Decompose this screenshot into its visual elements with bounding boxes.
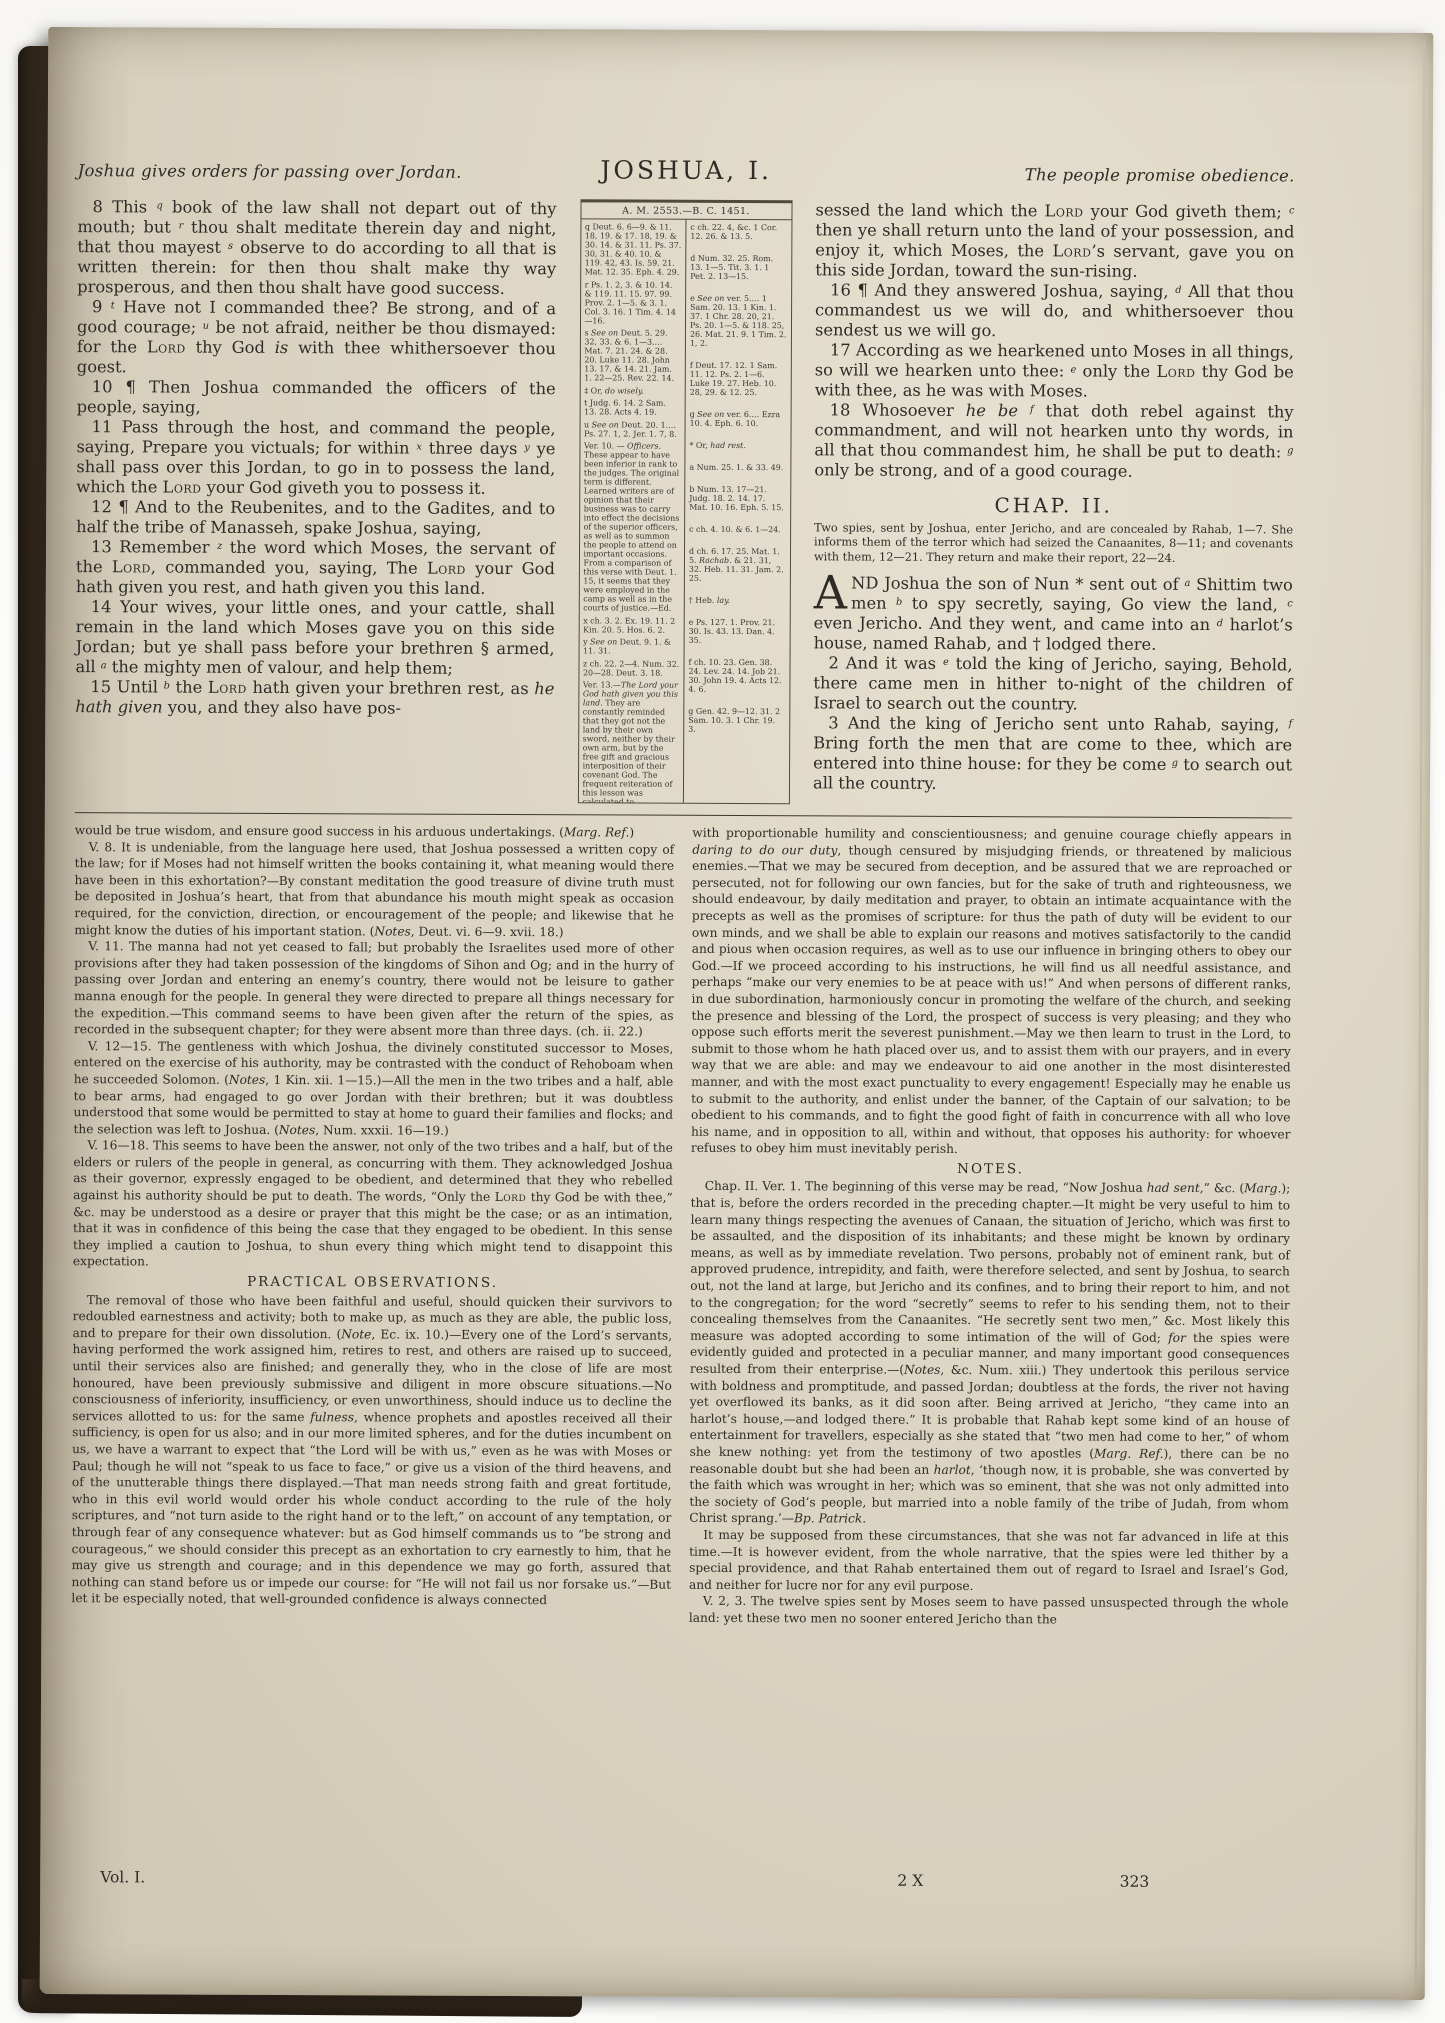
verse: 16 ¶ And they answered Joshua, saying, d… (815, 280, 1294, 342)
verse: 3 And the king of Jericho sent unto Raha… (813, 714, 1292, 796)
verse: 15 Until b the Lord hath given your bret… (75, 677, 554, 719)
ref-entry: r Ps. 1. 2, 3. & 10. 14. & 119. 11. 15. … (585, 280, 682, 325)
reference-column-left: q Deut. 6. 6—9. & 11. 18, 19. & 17. 18, … (578, 219, 686, 804)
ref-entry: z ch. 22. 2—4. Num. 32. 20—28. Deut. 3. … (583, 659, 680, 677)
ref-entry: Ver. 13.—The Lord your God hath given yo… (582, 680, 679, 804)
ref-entry: x ch. 3. 2. Ex. 19. 11. 2 Kin. 20. 5. Ho… (583, 616, 680, 634)
ref-entry: s See on Deut. 5. 29. 32, 33. & 6. 1—3.…… (584, 328, 681, 382)
scripture-section: 8 This q book of the law shall not depar… (75, 197, 1295, 806)
reference-columns: q Deut. 6. 6—9. & 11. 18, 19. & 17. 18, … (578, 219, 791, 804)
running-head-left: Joshua gives orders for passing over Jor… (78, 161, 557, 182)
commentary-paragraph: with proportionable humility and conscie… (691, 825, 1292, 1159)
commentary-paragraph: V. 12—15. The gentleness with which Josh… (73, 1038, 673, 1140)
commentary-column-left: would be true wisdom, and ensure good su… (71, 822, 674, 1626)
section-divider (75, 812, 1292, 818)
commentary-paragraph: V. 2, 3. The twelve spies sent by Moses … (689, 1593, 1289, 1629)
ref-entry: * Or, had rest. (689, 441, 786, 450)
commentary-paragraph: It may be supposed from these circumstan… (689, 1527, 1289, 1596)
commentary-section: would be true wisdom, and ensure good su… (71, 822, 1291, 1629)
ref-entry: b Num. 13. 17—21. Judg. 18. 2. 14. 17. M… (689, 485, 786, 512)
ref-entry: y See on Deut. 9. 1. & 11. 31. (583, 637, 680, 655)
chronology-header: A. M. 2553.—B. C. 1451. (581, 202, 791, 220)
commentary-paragraph: V. 8. It is undeniable, from the languag… (74, 839, 674, 941)
chapter-summary: Two spies, sent by Joshua, enter Jericho… (814, 521, 1293, 566)
verse: 11 Pass through the host, and command th… (76, 417, 555, 499)
verse: 10 ¶ Then Joshua commanded the officers … (77, 377, 556, 419)
commentary-paragraph: V. 11. The manna had not yet ceased to f… (74, 938, 674, 1040)
page-footer: Vol. I. 2 X 323 (100, 1868, 1149, 1891)
reference-column-right: c ch. 22. 4, &c. 1 Cor. 12. 26. & 13. 5.… (684, 220, 791, 804)
running-head: Joshua gives orders for passing over Jor… (78, 153, 1295, 187)
verse: 14 Your wives, your little ones, and you… (75, 597, 554, 679)
notes-heading: NOTES. (691, 1160, 1291, 1179)
ref-entry: f ch. 10. 23. Gen. 38. 24. Lev. 24. 14. … (688, 658, 785, 694)
ref-entry: Ver. 10. — Officers. These appear to hav… (583, 441, 680, 612)
ref-entry: c ch. 22. 4, &c. 1 Cor. 12. 26. & 13. 5. (690, 223, 787, 241)
margin-reference-box: A. M. 2553.—B. C. 1451. q Deut. 6. 6—9. … (577, 199, 792, 804)
verse: 2 And it was e told the king of Jericho,… (813, 654, 1292, 716)
ref-entry: g See on ver. 6.… Ezra 10. 4. Eph. 6. 10… (690, 410, 787, 428)
running-head-right: The people promise obedience. (816, 164, 1295, 185)
page-heading: JOSHUA, I. (556, 155, 816, 185)
ref-entry: t Judg. 6. 14. 2 Sam. 13. 28. Acts 4. 19… (584, 398, 681, 416)
verse: AND Joshua the son of Nun * sent out of … (814, 574, 1293, 656)
ref-entry: u See on Deut. 20. 1.… Ps. 27. 1, 2. Jer… (584, 420, 681, 438)
ref-entry: g Gen. 42. 9—12. 31. 2 Sam. 10. 3. 1 Chr… (688, 707, 785, 734)
printer-signature: 2 X (897, 1872, 923, 1890)
book-photo: Joshua gives orders for passing over Jor… (0, 0, 1445, 2023)
ref-entry: d Num. 32. 25. Rom. 13. 1—5. Tit. 3. 1. … (690, 254, 787, 281)
commentary-paragraph: Chap. II. Ver. 1. The beginning of this … (689, 1178, 1290, 1529)
book-page: Joshua gives orders for passing over Jor… (40, 27, 1434, 2000)
ref-entry: e Ps. 127. 1. Prov. 21. 30. Is. 43. 13. … (689, 618, 786, 645)
ref-entry: f Deut. 17. 12. 1 Sam. 11. 12. Ps. 2. 1—… (690, 361, 787, 397)
ref-entry: q Deut. 6. 6—9. & 11. 18, 19. & 17. 18, … (585, 222, 682, 276)
ref-entry: † Heb. lay. (689, 596, 786, 605)
verse: 13 Remember z the word which Moses, the … (76, 537, 555, 599)
ref-entry: c ch. 4. 10. & 6. 1—24. (689, 525, 786, 534)
ref-entry: d ch. 6. 17. 25. Mat. 1. 5. Rachab. & 21… (689, 547, 786, 583)
page-number: 323 (1120, 1873, 1150, 1891)
bible-column-left: 8 This q book of the law shall not depar… (75, 197, 557, 803)
commentary-paragraph: V. 16—18. This seems to have been the an… (73, 1137, 673, 1272)
verse: 17 According as we hearkened unto Moses … (815, 340, 1294, 402)
verse: 12 ¶ And to the Reubenites, and to the G… (76, 497, 555, 539)
page-content: Joshua gives orders for passing over Jor… (70, 153, 1295, 1969)
volume-label: Vol. I. (100, 1868, 145, 1886)
commentary-paragraph: would be true wisdom, and ensure good su… (75, 822, 675, 841)
ref-entry: ‡ Or, do wisely. (584, 386, 681, 395)
ref-entry: a Num. 25. 1. & 33. 49. (689, 463, 786, 472)
verse: 9 t Have not I commanded thee? Be strong… (77, 297, 556, 379)
verse-continuation: sessed the land which the Lord your God … (815, 200, 1294, 282)
chapter-heading: CHAP. II. (814, 494, 1293, 516)
ref-entry: e See on ver. 5.… 1 Sam. 20. 13. 1 Kin. … (690, 294, 787, 348)
verse: 18 Whosoever he be f that doth rebel aga… (814, 400, 1293, 482)
verse: 8 This q book of the law shall not depar… (77, 197, 556, 299)
practical-observations-heading: PRACTICAL OBSERVATIONS. (73, 1273, 673, 1292)
bible-column-right: sessed the land which the Lord your God … (813, 200, 1295, 806)
commentary-column-right: with proportionable humility and conscie… (689, 825, 1292, 1629)
commentary-paragraph: The removal of those who have been faith… (71, 1292, 672, 1610)
